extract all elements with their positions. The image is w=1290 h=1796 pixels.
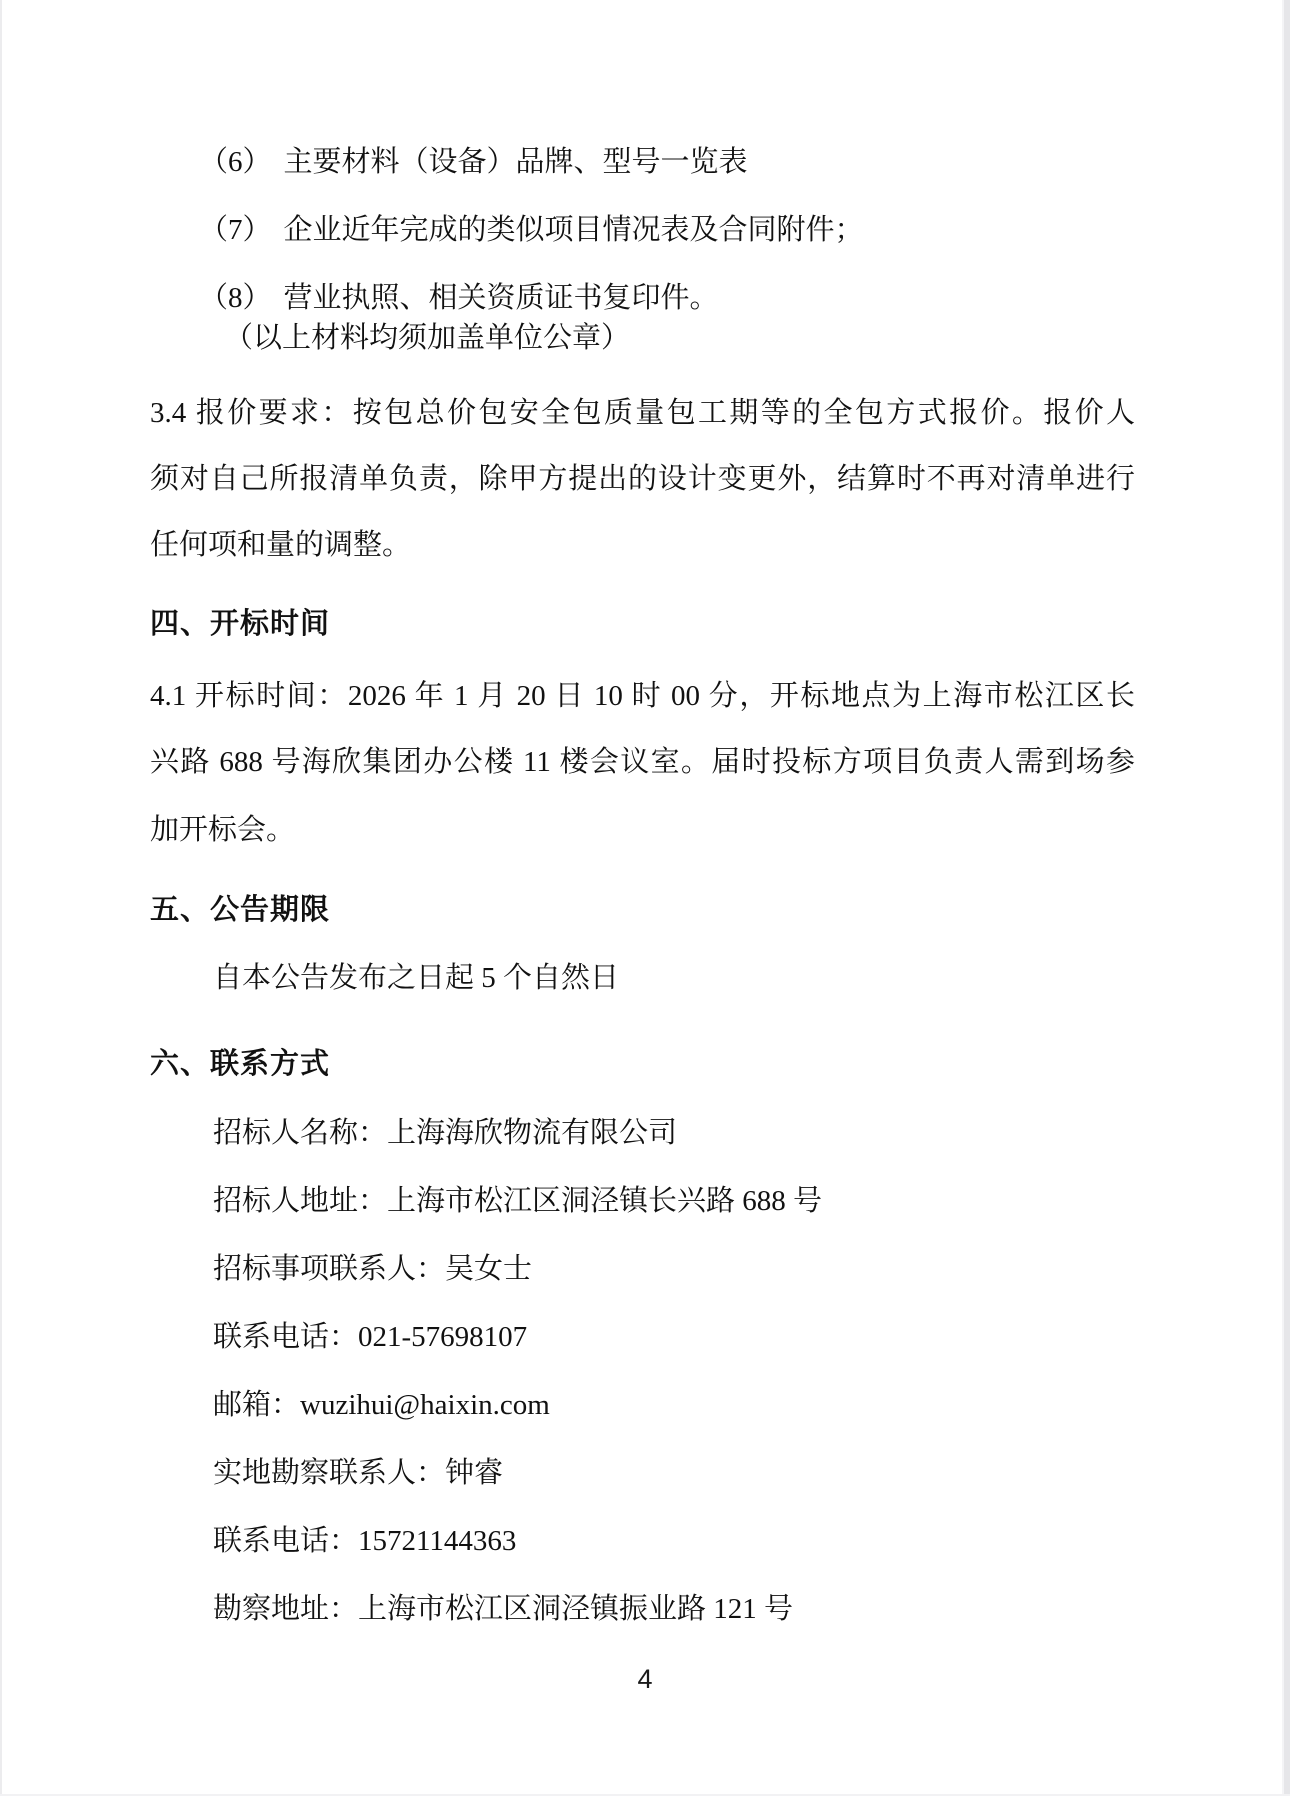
document-page: （6）主要材料（设备）品牌、型号一览表 （7）企业近年完成的类似项目情况表及合同…: [0, 0, 1290, 1796]
contact-bid-contact-person: 招标事项联系人：吴女士: [213, 1255, 532, 1284]
list-item-7-text: 企业近年完成的类似项目情况表及合同附件；: [284, 214, 864, 246]
clause-3-4-line3: 任何项和量的调整。: [150, 531, 411, 560]
clause-3-4-line1: 3.4 报价要求：按包总价包安全包质量包工期等的全包方式报价。报价人: [150, 399, 1135, 428]
list-item-6-marker: （6）: [199, 148, 272, 177]
contact-tenderer-address: 招标人地址：上海市松江区洞泾镇长兴路 688 号: [213, 1187, 822, 1216]
contact-survey-person: 实地勘察联系人：钟睿: [213, 1459, 503, 1488]
contact-phone-1: 联系电话：021-57698107: [213, 1323, 527, 1352]
page-right-edge: [1284, 0, 1290, 1796]
section-4-line1: 4.1 开标时间：2026 年 1 月 20 日 10 时 00 分，开标地点为…: [150, 682, 1135, 711]
section-4-heading: 四、开标时间: [150, 610, 330, 639]
list-item-8-text: 营业执照、相关资质证书复印件。: [284, 282, 719, 314]
page-number: 4: [0, 1666, 1290, 1693]
list-item-8-marker: （8）: [199, 284, 272, 313]
section-5-body: 自本公告发布之日起 5 个自然日: [213, 964, 619, 993]
contact-tenderer-name: 招标人名称：上海海欣物流有限公司: [213, 1119, 677, 1148]
list-item-7-marker: （7）: [199, 216, 272, 245]
page-left-edge: [0, 0, 2, 1796]
contact-phone-2: 联系电话：15721144363: [213, 1527, 516, 1556]
section-4-line2: 兴路 688 号海欣集团办公楼 11 楼会议室。届时投标方项目负责人需到场参: [150, 748, 1135, 777]
clause-3-4-line2: 须对自己所报清单负责，除甲方提出的设计变更外，结算时不再对清单进行: [150, 465, 1135, 494]
section-5-heading: 五、公告期限: [150, 896, 330, 925]
section-4-line3: 加开标会。: [150, 816, 295, 845]
contact-email: 邮箱：wuzihui@haixin.com: [213, 1391, 550, 1420]
list-item-6-text: 主要材料（设备）品牌、型号一览表: [284, 146, 748, 178]
contact-survey-address: 勘察地址：上海市松江区洞泾镇振业路 121 号: [213, 1595, 793, 1624]
section-6-heading: 六、联系方式: [150, 1050, 330, 1079]
stamp-note: （以上材料均须加盖单位公章）: [224, 324, 630, 353]
